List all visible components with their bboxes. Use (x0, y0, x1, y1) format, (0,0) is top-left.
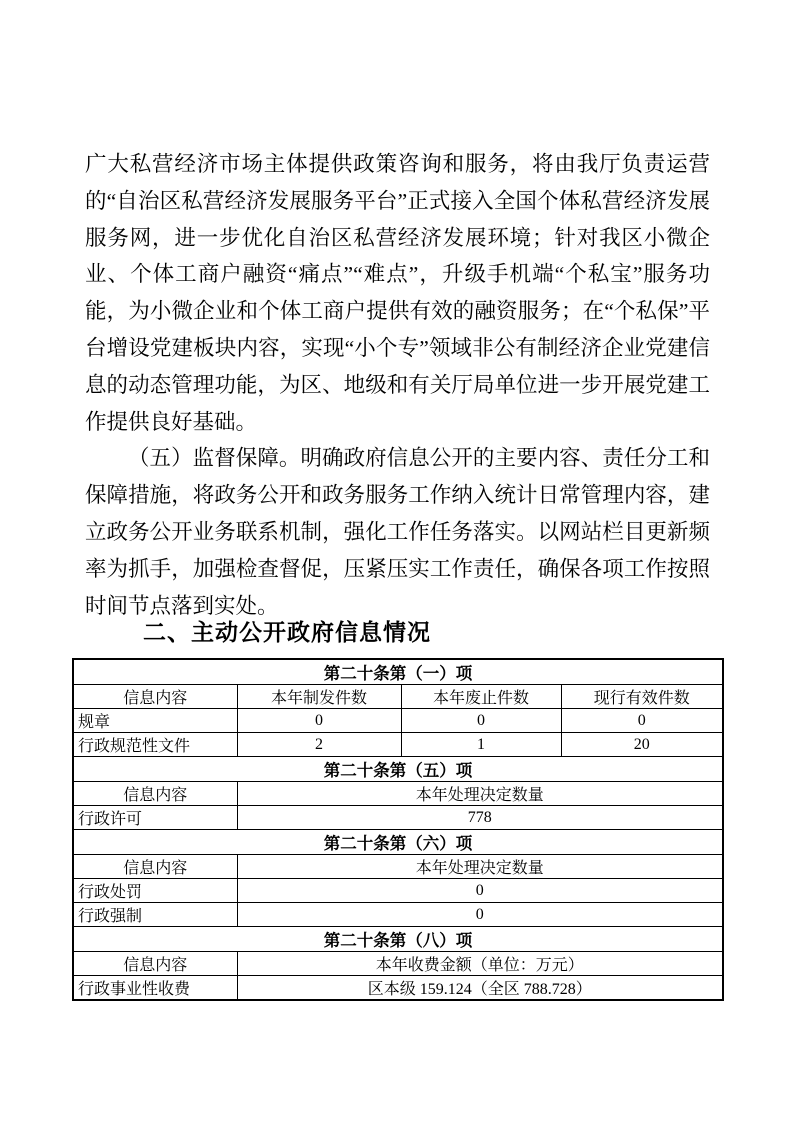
cell-value: 区本级 159.124（全区 788.728） (237, 976, 723, 1001)
cell-value: 0 (237, 709, 401, 733)
column-header: 本年处理决定数量 (237, 782, 723, 806)
table-row: 行政事业性收费区本级 159.124（全区 788.728） (73, 976, 723, 1001)
table-row: 第二十条第（六）项 (73, 830, 723, 855)
row-label: 行政处罚 (73, 879, 237, 903)
table-row: 信息内容本年收费金额（单位：万元） (73, 952, 723, 976)
cell-value: 0 (237, 903, 723, 927)
table-row: 信息内容本年处理决定数量 (73, 855, 723, 879)
row-label: 行政规范性文件 (73, 733, 237, 757)
table-row: 规章000 (73, 709, 723, 733)
column-header: 本年废止件数 (401, 685, 561, 709)
column-header: 本年收费金额（单位：万元） (237, 952, 723, 976)
table-row: 行政许可778 (73, 806, 723, 830)
table-row: 第二十条第（一）项 (73, 659, 723, 685)
info-table: 第二十条第（一）项信息内容本年制发件数本年废止件数现行有效件数规章000行政规范… (72, 658, 724, 1001)
section-title: 第二十条第（五）项 (73, 757, 723, 782)
row-label: 行政强制 (73, 903, 237, 927)
table-row: 信息内容本年制发件数本年废止件数现行有效件数 (73, 685, 723, 709)
cell-value: 2 (237, 733, 401, 757)
column-header: 本年制发件数 (237, 685, 401, 709)
section-title: 第二十条第（一）项 (73, 659, 723, 685)
body-text: 广大私营经济市场主体提供政策咨询和服务，将由我厅负责运营的“自治区私营经济发展服… (85, 146, 710, 624)
section-heading-active-disclosure: 二、主动公开政府信息情况 (85, 614, 710, 651)
table-row: 信息内容本年处理决定数量 (73, 782, 723, 806)
section-title: 第二十条第（八）项 (73, 927, 723, 952)
table-row: 行政规范性文件2120 (73, 733, 723, 757)
column-header: 现行有效件数 (561, 685, 723, 709)
table-row: 行政处罚0 (73, 879, 723, 903)
column-header: 信息内容 (73, 855, 237, 879)
column-header: 本年处理决定数量 (237, 855, 723, 879)
column-header: 信息内容 (73, 782, 237, 806)
section-title: 第二十条第（六）项 (73, 830, 723, 855)
cell-value: 778 (237, 806, 723, 830)
paragraph-private-economy: 广大私营经济市场主体提供政策咨询和服务，将由我厅负责运营的“自治区私营经济发展服… (85, 146, 710, 440)
paragraph-supervision-guarantee: （五）监督保障。明确政府信息公开的主要内容、责任分工和保障措施，将政务公开和政务… (85, 440, 710, 624)
column-header: 信息内容 (73, 952, 237, 976)
row-label: 行政事业性收费 (73, 976, 237, 1001)
row-label: 规章 (73, 709, 237, 733)
cell-value: 0 (561, 709, 723, 733)
cell-value: 20 (561, 733, 723, 757)
row-label: 行政许可 (73, 806, 237, 830)
column-header: 信息内容 (73, 685, 237, 709)
cell-value: 0 (237, 879, 723, 903)
table-row: 行政强制0 (73, 903, 723, 927)
cell-value: 0 (401, 709, 561, 733)
table-row: 第二十条第（八）项 (73, 927, 723, 952)
cell-value: 1 (401, 733, 561, 757)
table-row: 第二十条第（五）项 (73, 757, 723, 782)
info-table-body: 第二十条第（一）项信息内容本年制发件数本年废止件数现行有效件数规章000行政规范… (73, 659, 723, 1000)
document-page: 广大私营经济市场主体提供政策咨询和服务，将由我厅负责运营的“自治区私营经济发展服… (0, 0, 793, 1122)
